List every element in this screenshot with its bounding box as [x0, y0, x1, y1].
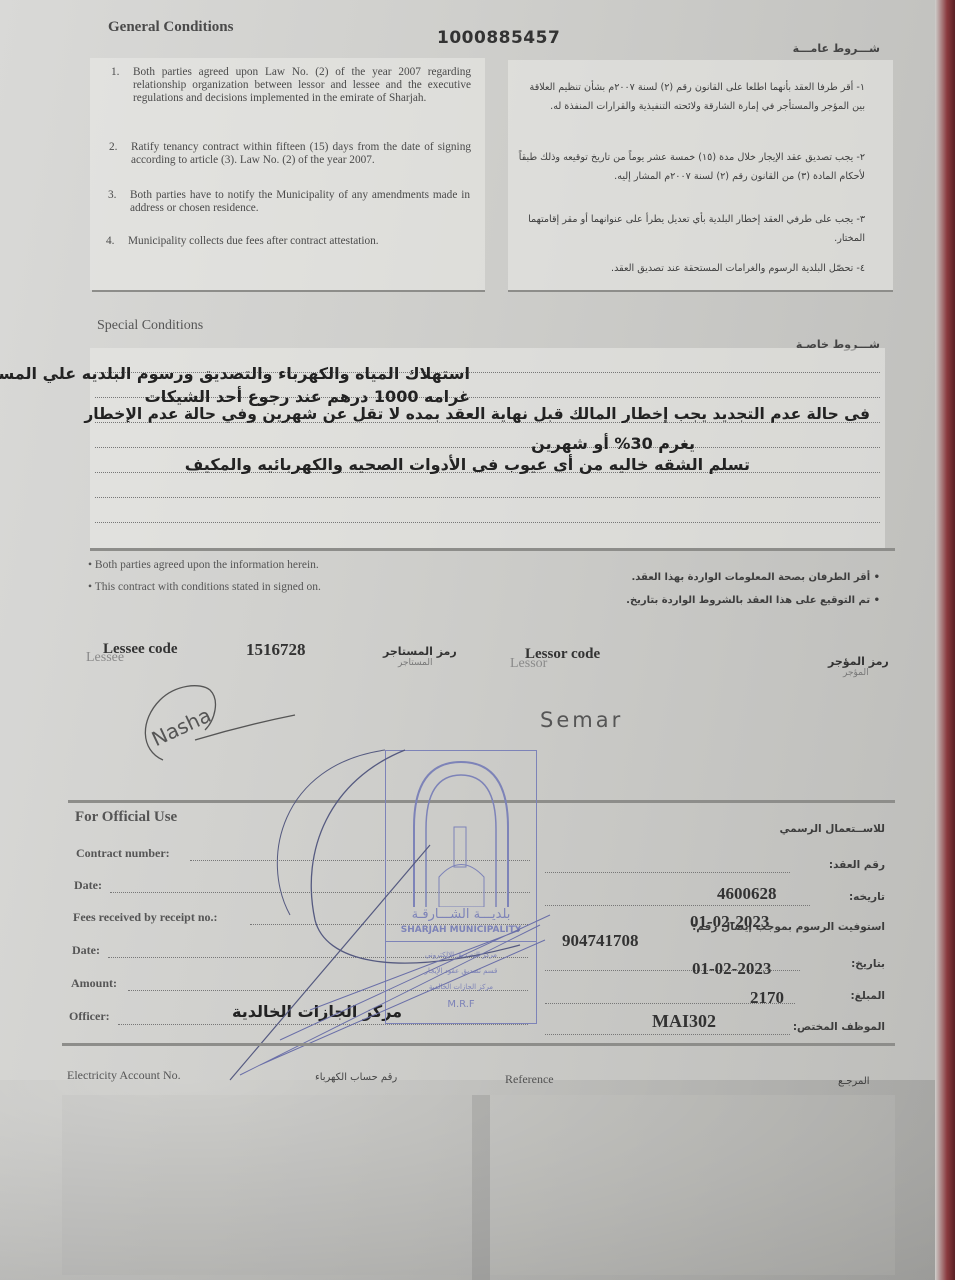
- amount-label: Amount:: [71, 976, 117, 991]
- general-condition-en-2: 2. Ratify tenancy contract within fiftee…: [131, 141, 471, 167]
- receipt-number-value: 904741708: [562, 931, 639, 951]
- agreement-en-1: • Both parties agreed upon the informati…: [88, 559, 319, 571]
- photo-shadow: [0, 1080, 940, 1280]
- general-condition-en-1: 1. Both parties agreed upon Law No. (2) …: [133, 66, 471, 105]
- lessor-code-label: Lessor code: [525, 646, 600, 663]
- contract-number-label-ar: رقم العقد:: [829, 859, 885, 871]
- receipt-date-value: 01-02-2023: [692, 959, 771, 979]
- general-condition-ar-3: ٣- يجب على طرفي العقد إخطار البلدية بأي …: [515, 210, 865, 248]
- lessor-signature: Semar: [540, 708, 623, 732]
- general-condition-ar-4: ٤- تحصّل البلدية الرسوم والغرامات المستح…: [515, 259, 865, 278]
- lessor-code-label-ar: رمز المؤجر: [828, 655, 889, 668]
- general-condition-ar-2: ٢- يجب تصديق عقد الإيجار خلال مدة (١٥) خ…: [515, 148, 865, 186]
- agreement-ar-1: • أقر الطرفان بصحة المعلومات الواردة بهذ…: [631, 572, 880, 583]
- divider: [92, 290, 485, 292]
- contract-number: 1000885457: [437, 28, 560, 48]
- official-use-title: For Official Use: [75, 809, 177, 826]
- agreement-en-2: • This contract with conditions stated i…: [88, 581, 321, 593]
- writing-line: [95, 522, 880, 523]
- receipt-date-label-ar: بتاريخ:: [851, 958, 885, 970]
- contract-number-value: 4600628: [717, 884, 777, 904]
- special-condition-line-3: فى حالة عدم التجديد يجب إخطار المالك قبل…: [84, 405, 870, 423]
- general-condition-en-4: 4. Municipality collects due fees after …: [128, 235, 468, 248]
- general-condition-ar-1: ١- أقر طرفا العقد بأنهما اطلعا على القان…: [515, 78, 865, 116]
- amount-label-ar: المبلغ:: [850, 990, 885, 1002]
- background-edge: [935, 0, 955, 1280]
- amount-value: 2170: [750, 988, 784, 1008]
- lessee-ghost-label-ar: المستاجر: [398, 658, 432, 668]
- officer-value: MAI302: [652, 1011, 716, 1032]
- lessee-code-label: Lessee code: [103, 641, 178, 658]
- general-conditions-title: General Conditions: [108, 19, 233, 36]
- writing-line: [545, 905, 810, 906]
- special-condition-line-2: غرامه 1000 درهم عند رجوع أحد الشيكات: [145, 387, 470, 406]
- writing-line: [95, 497, 880, 498]
- special-condition-line-4: يغرم 30% أو شهرين: [531, 434, 695, 453]
- receipt-date-label: Date:: [72, 943, 100, 958]
- special-conditions-title: Special Conditions: [97, 318, 203, 334]
- general-condition-en-3: 3. Both parties have to notify the Munic…: [130, 189, 470, 215]
- writing-line: [545, 1034, 790, 1035]
- special-condition-line-5: تسلم الشقه خاليه من أى عيوب فى الأدوات ا…: [185, 455, 750, 474]
- lessor-ghost-label-ar: المؤجر: [843, 668, 869, 678]
- official-use-title-ar: للاســتعمال الرسمي: [780, 823, 885, 835]
- lessee-code-value: 1516728: [246, 640, 306, 660]
- lessee-code-label-ar: رمز المستاجر: [383, 645, 457, 658]
- contract-number-label: Contract number:: [76, 846, 170, 861]
- officer-signature-scribble: [220, 740, 560, 1090]
- special-condition-line-1: استهلاك المياه والكهرباء والتصديق ورسوم …: [0, 364, 470, 383]
- divider: [90, 548, 895, 551]
- contract-date-value: 01-02-2023: [690, 912, 769, 932]
- date-label: Date:: [74, 878, 102, 893]
- divider: [62, 1043, 895, 1046]
- writing-line: [95, 447, 880, 448]
- officer-label: Officer:: [69, 1009, 110, 1024]
- writing-line: [545, 872, 790, 873]
- general-conditions-title-ar: شـــروط عامـــة: [793, 42, 880, 55]
- divider: [508, 290, 893, 292]
- date-label-ar: تاريخه:: [849, 891, 885, 903]
- fees-receipt-label: Fees received by receipt no.:: [73, 910, 218, 925]
- officer-label-ar: الموظف المختص:: [793, 1021, 885, 1033]
- agreement-ar-2: • تم التوقيع على هذا العقد بالشروط الوار…: [626, 595, 880, 606]
